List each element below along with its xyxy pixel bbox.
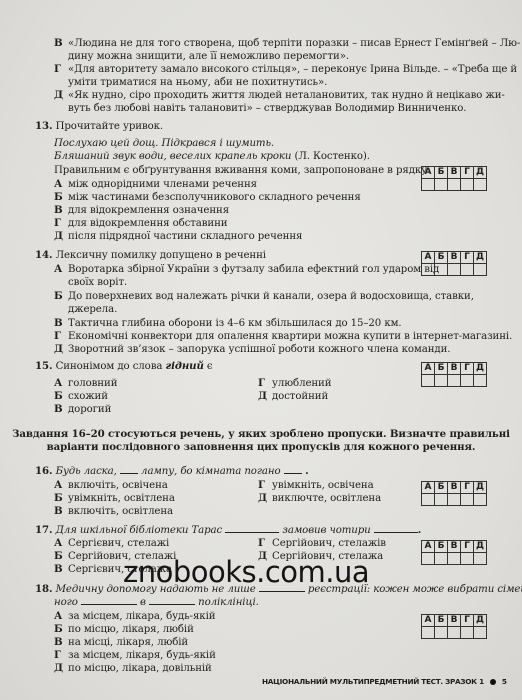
quote-source: (Л. Костенко). [291, 151, 370, 162]
option-text: між однорідними членами речення [68, 179, 257, 190]
q17-option-g: ГСергійович, стелажів [258, 537, 386, 550]
q13-option-b: Бміж частинами безсполучникового складно… [54, 191, 361, 204]
option-letter: Д [54, 662, 68, 675]
grid-header-g: Г [461, 541, 474, 553]
option-text: «Людина не для того створена, щоб терпіт… [68, 38, 520, 49]
sentence-part: реєстрації: кожен може вибрати сімей- [305, 584, 522, 595]
option-text: Зворотний зв’язок – запорука успішної ро… [68, 344, 450, 355]
blank-3[interactable] [149, 595, 195, 605]
grid-header-g: Г [461, 252, 474, 264]
option-text: на місці, лікаря, любій [68, 637, 188, 648]
answer-cell-v[interactable] [448, 264, 461, 276]
q13-prompt: 13. Прочитайте уривок. [35, 120, 163, 133]
answer-cell-d[interactable] [474, 494, 487, 506]
option-letter: А [54, 479, 68, 492]
answer-cell-a[interactable] [422, 627, 435, 639]
answer-cell-g[interactable] [461, 264, 474, 276]
sentence-part: лампу, бо кімната погано [138, 466, 284, 477]
q12-option-v: В«Людина не для того створена, щоб терпі… [54, 37, 520, 50]
bullet-icon [490, 679, 496, 685]
blank-2[interactable] [374, 523, 418, 533]
grid-header-d: Д [474, 541, 487, 553]
answer-cell-d[interactable] [474, 553, 487, 565]
option-text: включіть, освітлена [68, 506, 173, 517]
answer-cell-b[interactable] [435, 553, 448, 565]
answer-cell-b[interactable] [435, 494, 448, 506]
answer-cell-d[interactable] [474, 179, 487, 191]
grid-header-v: В [448, 252, 461, 264]
q18-sentence-line1: 18. Медичну допомогу надають не лише реє… [35, 582, 522, 596]
option-letter: В [54, 636, 68, 649]
option-letter: В [54, 37, 68, 50]
option-text: по місцю, лікаря, любій [68, 624, 194, 635]
option-text: за місцем, лікара, будь-якій [68, 611, 215, 622]
sentence-part: замовив чотири [279, 525, 374, 536]
answer-cell-g[interactable] [461, 553, 474, 565]
option-letter: А [54, 610, 68, 623]
option-letter: Б [54, 623, 68, 636]
answer-cell-d[interactable] [474, 264, 487, 276]
grid-header-b: Б [435, 541, 448, 553]
page-footer: НАЦІОНАЛЬНИЙ МУЛЬТИПРЕДМЕТНИЙ ТЕСТ. ЗРАЗ… [262, 677, 507, 686]
grid-header-b: Б [435, 167, 448, 179]
q17-option-a: АСергієвич, стелажі [54, 537, 169, 550]
option-letter: Г [258, 537, 272, 550]
blank-2[interactable] [284, 464, 302, 474]
option-text: дину можна знищити, але її неможливо пер… [68, 51, 349, 62]
instruction-line2: варіанти послідовного заповнення цих про… [0, 441, 522, 454]
option-letter: Б [54, 550, 68, 563]
question-number: 13. [35, 120, 52, 132]
question-number: 18. [35, 583, 52, 595]
option-letter: Б [54, 492, 68, 505]
grid-header-v: В [448, 482, 461, 494]
grid-header-g: Г [461, 363, 474, 375]
q16-option-d: Двиключте, освітлена [258, 492, 381, 505]
answer-cell-a[interactable] [422, 494, 435, 506]
answer-cell-a[interactable] [422, 264, 435, 276]
q14-question: 14. Лексичну помилку допущено в реченні [35, 249, 266, 262]
question-number: 14. [35, 249, 52, 261]
answer-cell-a[interactable] [422, 375, 435, 387]
q18-sentence-line2: ного в поліклініці. [54, 595, 259, 609]
q15-option-a: Аголовний [54, 377, 117, 390]
option-text: Воротарка збірної України з футзалу заби… [68, 264, 439, 275]
q18-option-g: Гза місцем, лікаря, будь-якій [54, 649, 216, 662]
q16-answer-grid: А Б В Г Д [421, 481, 487, 506]
option-letter: Д [258, 390, 272, 403]
grid-header-g: Г [461, 167, 474, 179]
option-text: між частинами безсполучникового складног… [68, 192, 361, 203]
q14-answer-grid: А Б В Г Д [421, 251, 487, 276]
grid-header-b: Б [435, 252, 448, 264]
option-letter: Б [54, 191, 68, 204]
footer-title: НАЦІОНАЛЬНИЙ МУЛЬТИПРЕДМЕТНИЙ ТЕСТ. ЗРАЗ… [262, 677, 484, 686]
question-keyword: гідний [165, 360, 203, 372]
q12-option-g-line2: уміти триматися на ньому, аби не похитну… [68, 76, 327, 89]
option-letter: Г [258, 479, 272, 492]
sentence-part: ного [54, 597, 81, 608]
grid-header-a: А [422, 167, 435, 179]
q18-option-v: Вна місці, лікаря, любій [54, 636, 188, 649]
grid-header-a: А [422, 252, 435, 264]
option-text: вуть без любові навіть талановиті» – ств… [68, 103, 466, 114]
q15-option-v: Вдорогий [54, 403, 111, 416]
answer-cell-d[interactable] [474, 627, 487, 639]
q12-option-d: Д«Як нудно, сіро проходить життя людей н… [54, 89, 505, 102]
question-number: 16. [35, 465, 52, 477]
grid-header-a: А [422, 363, 435, 375]
q18-answer-grid: А Б В Г Д [421, 614, 487, 639]
q16-option-v: Ввключіть, освітлена [54, 505, 173, 518]
q13-option-d: Дпісля підрядної частини складного речен… [54, 230, 302, 243]
grid-header-g: Г [461, 615, 474, 627]
grid-header-v: В [448, 167, 461, 179]
question-text: Синонімом до слова [56, 361, 166, 372]
option-text: дорогий [68, 404, 111, 415]
grid-header-b: Б [435, 482, 448, 494]
grid-header-d: Д [474, 363, 487, 375]
q15-option-d: Ддостойний [258, 390, 328, 403]
answer-cell-b[interactable] [435, 627, 448, 639]
q14-option-a: АВоротарка збірної України з футзалу заб… [54, 263, 439, 276]
option-text: «Як нудно, сіро проходить життя людей не… [68, 90, 505, 101]
q13-question: Правильним є обґрунтування вживання коми… [54, 164, 427, 177]
question-number: 15. [35, 360, 52, 372]
option-letter: А [54, 263, 68, 276]
q13-option-v: Вдля відокремлення означення [54, 204, 229, 217]
option-letter: Б [54, 290, 68, 303]
option-letter: Г [258, 377, 272, 390]
q18-option-b: Бпо місцю, лікаря, любій [54, 623, 194, 636]
option-letter: А [54, 377, 68, 390]
option-letter: Д [54, 343, 68, 356]
option-text: увімкніть, освітлена [68, 493, 175, 504]
grid-header-v: В [448, 363, 461, 375]
option-text: улюблений [272, 378, 331, 389]
sentence-part: . [302, 465, 309, 477]
q14-option-v: ВТактична глибина оборони із 4–6 км збіл… [54, 317, 402, 330]
q13-answer-grid: А Б В Г Д [421, 166, 487, 191]
option-text: Сергієвич, стелажі [68, 538, 169, 549]
option-text: включіть, освічена [68, 480, 168, 491]
page-number: 5 [502, 677, 507, 686]
question-text: є [204, 361, 213, 372]
q15-question: 15. Синонімом до слова гідний є [35, 360, 213, 373]
option-text: для відокремлення означення [68, 205, 229, 216]
q16-option-g: Гувімкніть, освічена [258, 479, 374, 492]
q13-quote-line2: Бляшаний звук води, веселих крапель крок… [54, 150, 370, 163]
q15-option-b: Бсхожий [54, 390, 108, 403]
answer-cell-g[interactable] [461, 627, 474, 639]
q16-option-a: Авключіть, освічена [54, 479, 168, 492]
grid-header-b: Б [435, 363, 448, 375]
option-text: для відокремлення обставини [68, 218, 228, 229]
option-letter: Г [54, 330, 68, 343]
answer-cell-v[interactable] [448, 179, 461, 191]
option-letter: В [54, 563, 68, 576]
option-text: До поверхневих вод належать річки й кана… [68, 291, 474, 302]
grid-header-d: Д [474, 482, 487, 494]
grid-header-d: Д [474, 252, 487, 264]
sentence-part: в [137, 597, 149, 608]
blank-2[interactable] [81, 595, 137, 605]
q17-sentence: 17. Для шкільної бібліотеки Тарас замови… [35, 523, 421, 537]
answer-cell-g[interactable] [461, 494, 474, 506]
option-text: достойний [272, 391, 328, 402]
q14-option-b: БДо поверхневих вод належать річки й кан… [54, 290, 474, 303]
option-letter: В [54, 403, 68, 416]
answer-cell-a[interactable] [422, 553, 435, 565]
grid-header-b: Б [435, 615, 448, 627]
grid-header-g: Г [461, 482, 474, 494]
q16-option-b: Бувімкніть, освітлена [54, 492, 175, 505]
grid-header-a: А [422, 541, 435, 553]
quote-text: Бляшаний звук води, веселих крапель крок… [54, 151, 291, 162]
option-text: схожий [68, 391, 108, 402]
q17-answer-grid: А Б В Г Д [421, 540, 487, 565]
option-text: Тактична глибина оборони із 4–6 км збіль… [68, 318, 402, 329]
option-letter: А [54, 178, 68, 191]
question-number: 17. [35, 524, 52, 536]
option-text: Економічні конвектори для опалення кварт… [68, 331, 512, 342]
q12-option-v-line2: дину можна знищити, але її неможливо пер… [68, 50, 349, 63]
grid-header-d: Д [474, 167, 487, 179]
blank-1[interactable] [120, 464, 138, 474]
question-text: Прочитайте уривок. [56, 121, 163, 132]
option-text: Сергійович, стелажів [272, 538, 386, 549]
sentence-part: Будь ласка, [56, 466, 120, 477]
answer-cell-v[interactable] [448, 494, 461, 506]
sentence-part: . [418, 524, 421, 536]
test-page: В«Людина не для того створена, щоб терпі… [0, 0, 522, 700]
grid-header-v: В [448, 615, 461, 627]
option-text: по місцю, лікара, довільній [68, 663, 212, 674]
q16-sentence: 16. Будь ласка, лампу, бо кімната погано… [35, 464, 309, 478]
q18-option-a: Аза місцем, лікара, будь-якій [54, 610, 215, 623]
q13-quote-line1: Послухаю цей дощ. Підкрався і шумить. [54, 137, 274, 150]
answer-cell-b[interactable] [435, 264, 448, 276]
q15-option-g: Гулюблений [258, 377, 331, 390]
option-letter: Д [258, 492, 272, 505]
option-letter: В [54, 204, 68, 217]
answer-cell-b[interactable] [435, 179, 448, 191]
q14-option-g: ГЕкономічні конвектори для опалення квар… [54, 330, 512, 343]
q13-option-g: Гдля відокремлення обставини [54, 217, 228, 230]
answer-cell-g[interactable] [461, 375, 474, 387]
answer-cell-d[interactable] [474, 375, 487, 387]
blank-1[interactable] [259, 582, 305, 592]
grid-header-a: А [422, 482, 435, 494]
q18-option-d: Дпо місцю, лікара, довільній [54, 662, 212, 675]
sentence-part: Для шкільної бібліотеки Тарас [56, 525, 226, 536]
option-letter: В [54, 505, 68, 518]
option-text: за місцем, лікаря, будь-якій [68, 650, 216, 661]
answer-cell-v[interactable] [448, 627, 461, 639]
option-letter: В [54, 317, 68, 330]
q14-option-d: ДЗворотний зв’язок – запорука успішної р… [54, 343, 450, 356]
option-text: головний [68, 378, 117, 389]
option-letter: Г [54, 217, 68, 230]
grid-header-v: В [448, 541, 461, 553]
grid-header-d: Д [474, 615, 487, 627]
option-letter: Д [54, 89, 68, 102]
sentence-part: поліклініці. [195, 597, 259, 608]
sentence-part: Медичну допомогу надають не лише [56, 584, 259, 595]
question-text: Лексичну помилку допущено в реченні [56, 250, 266, 261]
q12-option-d-line2: вуть без любові навіть талановиті» – ств… [68, 102, 466, 115]
option-text: увімкніть, освічена [272, 480, 374, 491]
q14-option-b-line2: джерела. [68, 303, 117, 316]
answer-cell-a[interactable] [422, 179, 435, 191]
answer-cell-v[interactable] [448, 553, 461, 565]
grid-header-a: А [422, 615, 435, 627]
answer-cell-b[interactable] [435, 375, 448, 387]
option-letter: А [54, 537, 68, 550]
q12-option-g: Г«Для авторитету замало високого стільця… [54, 63, 517, 76]
option-text: «Для авторитету замало високого стільця»… [68, 64, 517, 75]
q15-answer-grid: А Б В Г Д [421, 362, 487, 387]
answer-cell-v[interactable] [448, 375, 461, 387]
blank-1[interactable] [225, 523, 279, 533]
option-letter: Г [54, 649, 68, 662]
option-letter: Д [54, 230, 68, 243]
instruction-line1: Завдання 16–20 стосуються речень, у яких… [0, 428, 522, 441]
q14-option-a-line2: своїх воріт. [68, 276, 127, 289]
answer-cell-g[interactable] [461, 179, 474, 191]
option-letter: Б [54, 390, 68, 403]
option-text: після підрядної частини складного реченн… [68, 231, 302, 242]
option-text: уміти триматися на ньому, аби не похитну… [68, 77, 327, 88]
q13-option-a: Аміж однорідними членами речення [54, 178, 257, 191]
option-letter: Г [54, 63, 68, 76]
option-text: виключте, освітлена [272, 493, 381, 504]
